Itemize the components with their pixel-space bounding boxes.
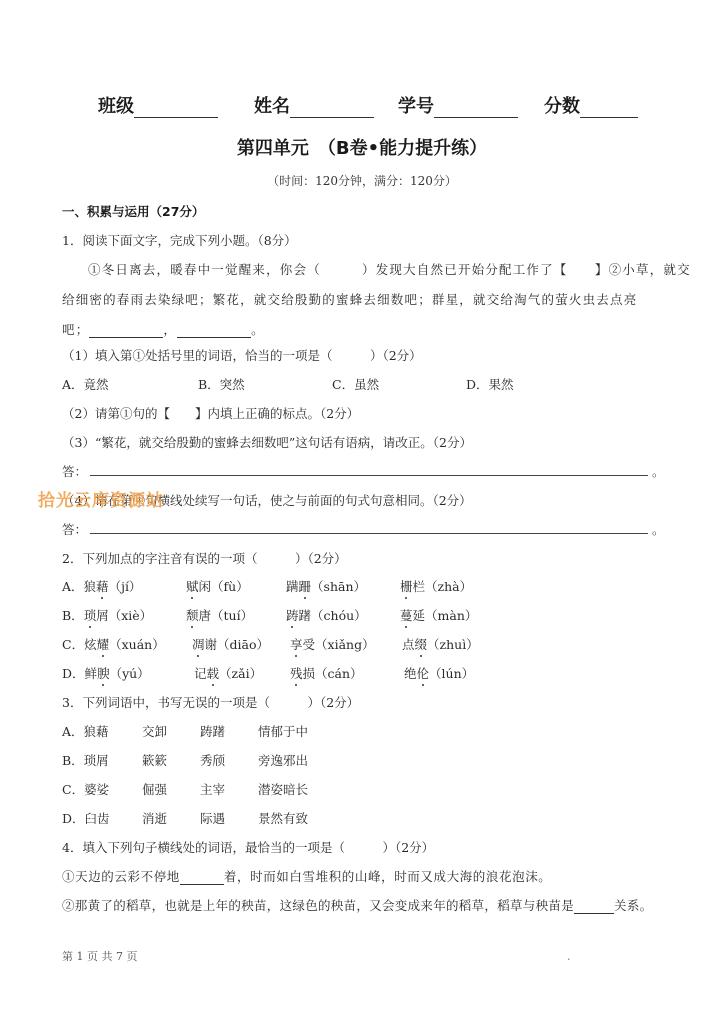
dotted-char: 缀 [415,635,428,653]
q3-option-c[interactable]: C．婆娑 [62,780,109,798]
option-letter: A． [62,579,84,594]
footer-mark: . [567,950,571,963]
dotted-char: 跚 [299,577,312,595]
score-blank[interactable] [580,97,638,118]
student-id-label: 学号 [398,96,434,117]
pinyin: （jí） [109,579,142,594]
q2-option-a[interactable]: A．狼藉（jí） [62,577,141,595]
class-field: 班级 [98,92,218,118]
q2-option-a-word-2: 赋闲（fù） [186,577,249,595]
student-id-blank[interactable] [434,97,518,118]
q3-word: 秀颀 [200,751,225,769]
page-number: 第 1 页 共 7 页 [62,948,137,964]
q1-passage-line-3-text: 吧； [62,322,89,337]
dotted-char: 载 [207,664,220,682]
char: 记 [194,666,207,681]
answer-end-mark: 。 [652,520,665,538]
q3-word: 旁逸邪出 [258,751,308,769]
option-letter: C． [62,637,84,652]
q3-word: 倔强 [142,780,167,798]
dotted-char: 琐 [84,606,97,624]
name-field: 姓名 [254,92,374,118]
period: 。 [251,322,265,337]
section-heading: 一、积累与运用（27分） [62,202,204,220]
pinyin: （zhuì） [427,637,479,652]
char: 鲜 [85,666,98,681]
q3-word: 主宰 [200,780,225,798]
dotted-char: 腴 [97,664,110,682]
dotted-char: 享 [290,635,303,653]
q3-word: 潜姿暗长 [258,780,308,798]
pinyin: （xuán） [109,637,165,652]
q4-s2-text-b: 关系。 [614,898,652,913]
class-label: 班级 [98,96,134,117]
q3-word: 情郁于中 [258,722,308,740]
q3-word: 交卸 [142,722,167,740]
q2-option-b[interactable]: B．琐屑（xiè） [62,606,152,624]
q2-option-c-word-2: 凋谢（diāo） [192,635,269,653]
dotted-char: 蔓 [400,606,413,624]
q2-option-b-word-3: 踌躇（chóu） [286,606,367,624]
q4-blank-1[interactable] [180,870,224,885]
char: 点 [402,637,415,652]
q2-option-a-word-3: 蹒跚（shān） [286,577,366,595]
q3-word: 际遇 [200,809,225,827]
q2-option-d-word-2: 记载（zǎi） [194,664,262,682]
q3-option-b[interactable]: B．琐屑 [62,751,109,769]
q3-word: 消逝 [142,809,167,827]
dotted-char: 残 [290,664,303,682]
q2-option-a-word-4: 栅栏（zhà） [400,577,472,595]
q1-sub2: （2）请第①句的【 】内填上正确的标点。（2分） [62,404,359,422]
q1-blank-1[interactable] [89,323,163,338]
q2-option-c-word-4: 点缀（zhuì） [402,635,479,653]
q1-sub4-answer-line[interactable] [90,533,648,534]
pinyin: （shān） [311,579,366,594]
pinyin: 躇（chóu） [299,608,367,623]
exam-time-info: （时间：120分钟，满分：120分） [0,172,724,189]
q1-option-d[interactable]: D．果然 [466,375,514,393]
score-label: 分数 [544,96,580,117]
q4-sentence-1: ①天边的云彩不停地着，时而如白雪堆积的山峰，时而又成大海的浪花泡沫。 [62,867,551,885]
q1-option-b[interactable]: B．突然 [198,375,245,393]
q2-option-d[interactable]: D．鲜腴（yú） [62,664,150,682]
pinyin: 屑（xiè） [96,608,152,623]
pinyin: 闲（fù） [199,579,249,594]
char: 蹒 [286,579,299,594]
q3-option-d[interactable]: D．臼齿 [62,809,110,827]
char: 绝 [404,666,417,681]
pinyin: 栏（zhà） [413,579,473,594]
q2-option-d-word-4: 绝伦（lún） [404,664,474,682]
pinyin: 延（màn） [413,608,478,623]
dotted-char: 藉 [96,577,109,595]
dotted-char: 栅 [400,577,413,595]
q4-s2-text-a: ②那黄了的稻草，也就是上年的秧苗，这绿色的秧苗，又会变成来年的稻草，稻草与秧苗是 [62,898,574,913]
q2-option-c-word-3: 享受（xiǎng） [290,635,375,653]
pinyin: 损（cán） [303,666,363,681]
q4-sentence-2: ②那黄了的稻草，也就是上年的秧苗，这绿色的秧苗，又会变成来年的稻草，稻草与秧苗是… [62,896,652,914]
q1-sub1: （1）填入第①处括号里的词语，恰当的一项是（ ）（2分） [62,346,422,364]
q1-option-c[interactable]: C．虽然 [332,375,379,393]
q4-stem: 4．填入下列句子横线处的词语，最恰当的一项是（ ）（2分） [62,838,434,856]
student-id-field: 学号 [398,92,518,118]
q3-stem: 3．下列词语中，书写无误的一项是（ ）（2分） [62,693,359,711]
char: 炫 [84,637,97,652]
dotted-char: 耀 [97,635,110,653]
q1-passage-line-3: 吧；，。 [62,320,265,338]
q2-option-c[interactable]: C．炫耀（xuán） [62,635,165,653]
pinyin: 受（xiǎng） [303,637,375,652]
option-letter: B． [62,608,84,623]
q2-stem: 2．下列加点的字注音有误的一项（ ）（2分） [62,549,347,567]
answer-end-mark: 。 [652,462,665,480]
q3-word: 踌躇 [200,722,225,740]
name-label: 姓名 [254,96,290,117]
pinyin: 唐（tuí） [199,608,254,623]
page-title: 第四单元 （B卷•能力提升练） [0,134,724,160]
q1-passage-line-1: ①冬日离去，暖春中一觉醒来，你会（ ）发现大自然已开始分配工作了【 】②小草，就… [88,260,691,278]
comma: ， [163,322,177,337]
watermark: 拾光云库资源站 [38,486,164,511]
q1-sub3-answer-line[interactable] [90,475,648,476]
dotted-char: 凋 [192,635,205,653]
q3-word: 簌簌 [142,751,167,769]
char: 狼 [84,579,97,594]
q3-word: 景然有致 [258,809,308,827]
q3-option-a[interactable]: A．狼藉 [62,722,109,740]
dotted-char: 颓 [186,606,199,624]
q1-sub3: （3）“繁花，就交给殷勤的蜜蜂去细数吧”这句话有语病，请改正。（2分） [62,433,472,451]
q4-blank-2[interactable] [574,899,614,914]
class-blank[interactable] [134,97,218,118]
q2-option-b-word-4: 蔓延（màn） [400,606,477,624]
q1-option-a[interactable]: A．竟然 [62,375,109,393]
pinyin: （lún） [429,666,474,681]
dotted-char: 踌 [286,606,299,624]
q4-s1-text-b: 着，时而如白雪堆积的山峰，时而又成大海的浪花泡沫。 [224,869,552,884]
q2-option-b-word-2: 颓唐（tuí） [186,606,253,624]
q1-stem: 1．阅读下面文字，完成下列小题。（8分） [62,231,297,249]
dotted-char: 赋 [186,577,199,595]
q2-option-d-word-3: 残损（cán） [290,664,363,682]
exam-page: 班级 姓名 学号 分数 第四单元 （B卷•能力提升练） （时间：120分钟，满分… [0,0,724,1024]
q1-sub3-answer-label: 答： [62,462,87,480]
score-field: 分数 [544,92,638,118]
name-blank[interactable] [290,97,374,118]
q1-sub4-answer-label: 答： [62,520,87,538]
pinyin: （yú） [110,666,150,681]
pinyin: （zǎi） [219,666,262,681]
pinyin: 谢（diāo） [205,637,269,652]
q4-s1-text-a: ①天边的云彩不停地 [62,869,180,884]
dotted-char: 伦 [417,664,430,682]
q1-blank-2[interactable] [177,323,251,338]
option-letter: D． [62,666,85,681]
q1-passage-line-2: 给细密的春雨去染绿吧；繁花，就交给殷勤的蜜蜂去细数吧；群星，就交给淘气的萤火虫去… [62,290,637,308]
